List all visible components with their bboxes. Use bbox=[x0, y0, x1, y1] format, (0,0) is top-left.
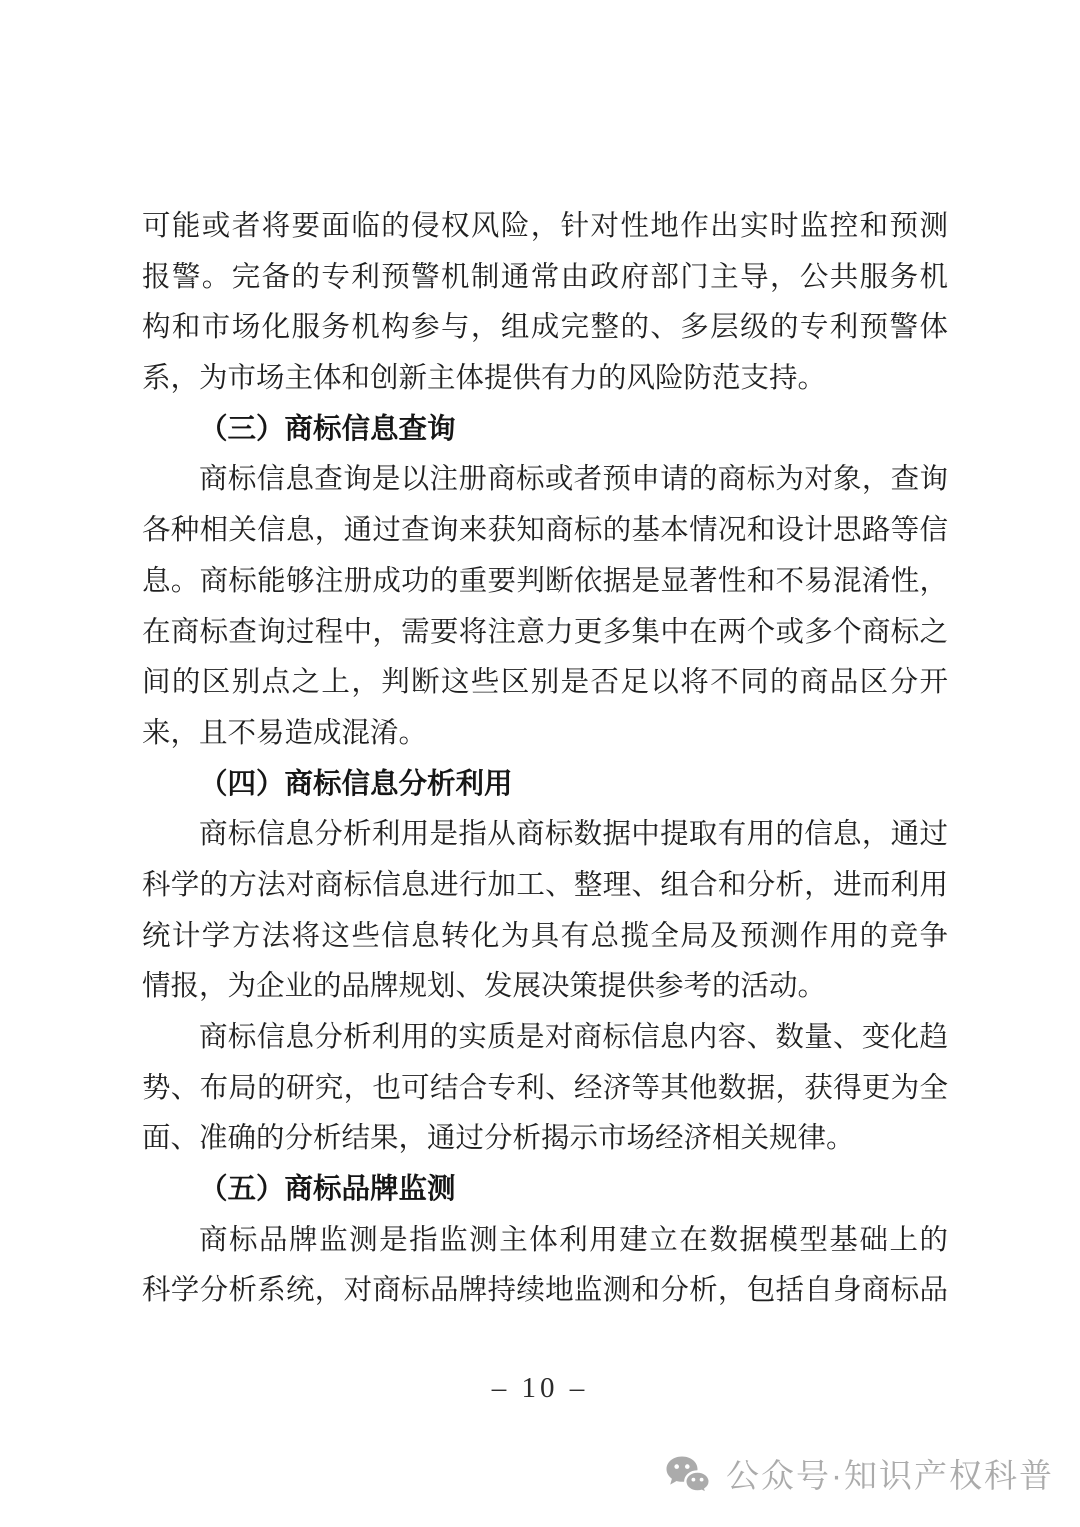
section-heading-trademark-search: （三）商标信息查询 bbox=[142, 405, 948, 456]
text-line: 商标信息分析利用是指从商标数据中提取有用的信息，通过 bbox=[142, 810, 948, 861]
section-heading-brand-monitoring: （五）商标品牌监测 bbox=[142, 1165, 948, 1216]
text-line: 科学分析系统，对商标品牌持续地监测和分析，包括自身商标品 bbox=[142, 1266, 948, 1317]
text-line: 科学的方法对商标信息进行加工、整理、组合和分析，进而利用 bbox=[142, 861, 948, 912]
wechat-watermark: 公众号·知识产权科普 bbox=[666, 1456, 1054, 1494]
text-line: 各种相关信息，通过查询来获知商标的基本情况和设计思路等信 bbox=[142, 506, 948, 557]
text-line: 统计学方法将这些信息转化为具有总揽全局及预测作用的竞争 bbox=[142, 912, 948, 963]
text-line: 间的区别点之上，判断这些区别是否足以将不同的商品区分开 bbox=[142, 658, 948, 709]
text-line: 可能或者将要面临的侵权风险，针对性地作出实时监控和预测 bbox=[142, 202, 948, 253]
text-line: 息。商标能够注册成功的重要判断依据是显著性和不易混淆性， bbox=[142, 557, 948, 608]
page-body-text: 可能或者将要面临的侵权风险，针对性地作出实时监控和预测 报警。完备的专利预警机制… bbox=[142, 202, 948, 1317]
text-line: 面、准确的分析结果，通过分析揭示市场经济相关规律。 bbox=[142, 1114, 948, 1165]
text-line: 报警。完备的专利预警机制通常由政府部门主导，公共服务机 bbox=[142, 253, 948, 304]
page-number: – 10 – bbox=[0, 1372, 1080, 1405]
text-line: 在商标查询过程中，需要将注意力更多集中在两个或多个商标之 bbox=[142, 608, 948, 659]
text-line: 构和市场化服务机构参与，组成完整的、多层级的专利预警体 bbox=[142, 303, 948, 354]
text-line: 商标信息查询是以注册商标或者预申请的商标为对象，查询 bbox=[142, 455, 948, 506]
text-line: 商标信息分析利用的实质是对商标信息内容、数量、变化趋 bbox=[142, 1013, 948, 1064]
document-page: 可能或者将要面临的侵权风险，针对性地作出实时监控和预测 报警。完备的专利预警机制… bbox=[0, 0, 1080, 1527]
text-line: 商标品牌监测是指监测主体利用建立在数据模型基础上的 bbox=[142, 1216, 948, 1267]
text-line: 势、布局的研究，也可结合专利、经济等其他数据，获得更为全 bbox=[142, 1064, 948, 1115]
wechat-icon bbox=[666, 1456, 711, 1494]
text-line: 情报，为企业的品牌规划、发展决策提供参考的活动。 bbox=[142, 962, 948, 1013]
watermark-text: 公众号·知识产权科普 bbox=[726, 1459, 1054, 1492]
text-line: 系，为市场主体和创新主体提供有力的风险防范支持。 bbox=[142, 354, 948, 405]
text-line: 来，且不易造成混淆。 bbox=[142, 709, 948, 760]
section-heading-trademark-analysis: （四）商标信息分析利用 bbox=[142, 760, 948, 811]
